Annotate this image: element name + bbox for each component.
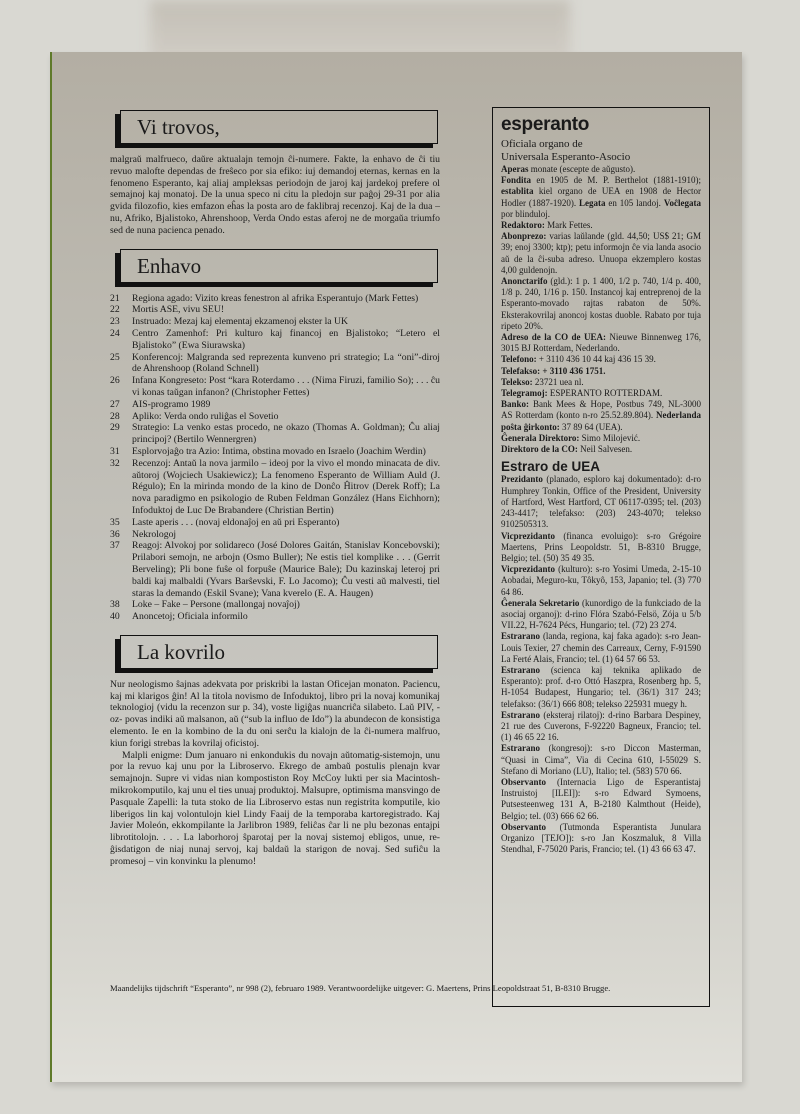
toc-item: 21Regiona agado: Vizito kreas fenestron … [110,293,440,305]
cover-paragraph-2: Malpli enigme: Dum januaro ni enkondukis… [110,750,440,868]
masthead-entry: Fondita en 1905 de M. P. Berthelot (1881… [501,175,701,220]
masthead-box: esperanto Oficiala organo de Universala … [492,107,710,1007]
section-heading: La kovrilo [121,636,437,668]
masthead-entry: Estrarano (landa, regiona, kaj faka agad… [501,631,701,665]
table-of-contents: 21Regiona agado: Vizito kreas fenestron … [110,293,440,623]
entry-label: Telekso: [501,377,533,387]
toc-page-number: 23 [110,316,132,328]
masthead-entry: Anonctarifo (gld.): 1 p. 1 400, 1/2 p. 7… [501,276,701,332]
section-heading: Vi trovos, [121,111,437,143]
masthead-entry: Aperas monate (escepte de aŭgusto). [501,164,701,175]
toc-title: Loke – Fake – Persone (mallongaj novaĵoj… [132,599,440,611]
entry-label: Prezidanto [501,474,543,484]
toc-page-number: 37 [110,540,132,599]
masthead-entry: Abonprezo: varias laŭlande (gld. 44,50; … [501,231,701,276]
entry-label: Ĝenerala Sekretario [501,598,579,608]
toc-page-number: 21 [110,293,132,305]
publication-footer: Maandelijks tijdschrift “Esperanto”, nr … [110,983,750,993]
entry-text: Neil Salvesen. [578,444,632,454]
masthead-entry: Telekso: 23721 uea nl. [501,377,701,388]
toc-page-number: 28 [110,411,132,423]
entry-label: Abonprezo: [501,231,546,241]
masthead-entry: Vicprezidanto (financa evoluigo): s-ro G… [501,531,701,565]
entry-label: Voĉlegata [664,198,701,208]
toc-page-number: 32 [110,458,132,517]
toc-page-number: 38 [110,599,132,611]
entry-text: Mark Fettes. [545,220,593,230]
entry-label: Estrarano [501,665,540,675]
estraro-heading: Estraro de UEA [501,461,701,472]
entry-label: Redaktoro: [501,220,545,230]
masthead-entry: Banko: Bank Mees & Hope, Postbus 749, NL… [501,399,701,433]
toc-title: Infana Kongreseto: Post “kara Roterdamo … [132,375,440,399]
entry-label: Observanto [501,822,546,832]
entry-text: ESPERANTO ROTTERDAM. [548,388,663,398]
masthead-entry: Observanto (Tutmonda Esperantista Junula… [501,822,701,856]
masthead-entries: Aperas monate (escepte de aŭgusto).Fondi… [501,164,701,455]
masthead-entry: Telefakso: + 3110 436 1751. [501,366,701,377]
entry-text: Simo Milojević. [579,433,640,443]
toc-item: 35Laste aperis . . . (novaj eldonaĵoj en… [110,517,440,529]
heading-box-la-kovrilo: La kovrilo [120,635,438,669]
background-shadow [150,0,570,60]
toc-item: 31Esplorvojaĝo tra Azio: Intima, obstina… [110,446,440,458]
entry-label: Banko: [501,399,529,409]
toc-title: Konferencoj: Malgranda sed reprezenta ku… [132,352,440,376]
heading-box-enhavo: Enhavo [120,249,438,283]
toc-item: 32Recenzoj: Antaŭ la nova jarmilo – ideo… [110,458,440,517]
magazine-logo: esperanto [501,114,701,136]
entry-text: en 105 landoj. [606,198,664,208]
heading-box-vi-trovos: Vi trovos, [120,110,438,144]
masthead-entry: Estrarano (eksteraj rilatoj): d-rino Bar… [501,710,701,744]
entry-label: Anonctarifo [501,276,548,286]
masthead-entry: Telegramoj: ESPERANTO ROTTERDAM. [501,388,701,399]
left-column: Vi trovos, malgraŭ malfrueco, daŭre aktu… [110,110,440,868]
masthead-entry: Prezidanto (planado, esploro kaj dokumen… [501,474,701,530]
masthead-entry: Adreso de la CO de UEA: Nieuwe Binnenweg… [501,332,701,354]
toc-page-number: 29 [110,422,132,446]
entry-label: Adreso de la CO de UEA: [501,332,606,342]
toc-item: 38Loke – Fake – Persone (mallongaj novaĵ… [110,599,440,611]
toc-title: Laste aperis . . . (novaj eldonaĵoj en a… [132,517,440,529]
entry-label: Fondita [501,175,531,185]
toc-page-number: 35 [110,517,132,529]
toc-title: Recenzoj: Antaŭ la nova jarmilo – ideoj … [132,458,440,517]
toc-item: 26Infana Kongreseto: Post “kara Roterdam… [110,375,440,399]
toc-item: 29Strategio: La venko estas procedo, ne … [110,422,440,446]
entry-label: Estrarano [501,631,540,641]
toc-page-number: 31 [110,446,132,458]
toc-title: Centro Zamenhof: Pri kulturo kaj financo… [132,328,440,352]
entry-label: Observanto [501,777,546,787]
toc-page-number: 24 [110,328,132,352]
toc-page-number: 27 [110,399,132,411]
masthead-entry: Ĝenerala Direktoro: Simo Milojević. [501,433,701,444]
toc-item: 24Centro Zamenhof: Pri kulturo kaj finan… [110,328,440,352]
entry-label: Vicprezidanto [501,564,555,574]
entry-label: Telefakso: + 3110 436 1751. [501,366,606,376]
entry-text: en 1905 de M. P. Berthelot (1881-1910); [531,175,701,185]
masthead-entry: Redaktoro: Mark Fettes. [501,220,701,231]
toc-page-number: 25 [110,352,132,376]
toc-title: AIS-programo 1989 [132,399,440,411]
toc-item: 28Apliko: Verda ondo ruliĝas el Sovetio [110,411,440,423]
subtitle-line-1: Oficiala organo de [501,138,701,151]
intro-paragraph: malgraŭ malfrueco, daŭre aktualajn temoj… [110,154,440,237]
toc-item: 27AIS-programo 1989 [110,399,440,411]
toc-title: Regiona agado: Vizito kreas fenestron al… [132,293,440,305]
toc-item: 36Nekrologoj [110,529,440,541]
toc-item: 22Mortis ASE, vivu SEU! [110,304,440,316]
toc-title: Apliko: Verda ondo ruliĝas el Sovetio [132,411,440,423]
toc-title: Instruado: Mezaj kaj elementaj ekzamenoj… [132,316,440,328]
entry-text: 37 89 64 (UEA). [560,422,623,432]
masthead-entry: Ĝenerala Sekretario (kunordigo de la fun… [501,598,701,632]
right-column: esperanto Oficiala organo de Universala … [492,107,710,1007]
toc-page-number: 40 [110,611,132,623]
entry-label: Estrarano [501,710,540,720]
toc-item: 40Anoncetoj; Oficiala informilo [110,611,440,623]
entry-label: Estrarano [501,743,540,753]
toc-title: Strategio: La venko estas procedo, ne ok… [132,422,440,446]
board-entries: Prezidanto (planado, esploro kaj dokumen… [501,474,701,855]
entry-label: Telefono: [501,354,537,364]
entry-label: Legata [579,198,606,208]
intro-text: malgraŭ malfrueco, daŭre aktualajn temoj… [110,154,440,237]
entry-label: Telegramoj: [501,388,548,398]
toc-item: 37Reagoj: Alvokoj por solidareco (José D… [110,540,440,599]
toc-item: 25Konferencoj: Malgranda sed reprezenta … [110,352,440,376]
toc-title: Reagoj: Alvokoj por solidareco (José Dol… [132,540,440,599]
entry-label: establita [501,186,534,196]
toc-title: Anoncetoj; Oficiala informilo [132,611,440,623]
masthead-entry: Estrarano (kongresoj): s-ro Diccon Maste… [501,743,701,777]
entry-text: + 3110 436 10 44 kaj 436 15 39. [537,354,656,364]
entry-label: Ĝenerala Direktoro: [501,433,579,443]
entry-text: 23721 uea nl. [533,377,584,387]
masthead-entry: Vicprezidanto (kulturo): s-ro Yosimi Ume… [501,564,701,598]
toc-title: Esplorvojaĝo tra Azio: Intima, obstina m… [132,446,440,458]
toc-page-number: 36 [110,529,132,541]
entry-label: Vicprezidanto [501,531,555,541]
masthead-entry: Observanto (Internacia Ligo de Esperanti… [501,777,701,822]
masthead-entry: Direktoro de la CO: Neil Salvesen. [501,444,701,455]
section-heading: Enhavo [121,250,437,282]
toc-page-number: 22 [110,304,132,316]
cover-paragraph-1: Nur neologismo ŝajnas adekvata por prisk… [110,679,440,750]
entry-label: Aperas [501,164,529,174]
magazine-page: Vi trovos, malgraŭ malfrueco, daŭre aktu… [50,52,742,1082]
masthead-entry: Telefono: + 3110 436 10 44 kaj 436 15 39… [501,354,701,365]
entry-text: monate (escepte de aŭgusto). [529,164,636,174]
subtitle-line-2: Universala Esperanto-Asocio [501,151,701,164]
toc-title: Nekrologoj [132,529,440,541]
masthead-entry: Estrarano (scienca kaj teknika aplikado … [501,665,701,710]
entry-label: Direktoro de la CO: [501,444,578,454]
toc-item: 23Instruado: Mezaj kaj elementaj ekzamen… [110,316,440,328]
toc-page-number: 26 [110,375,132,399]
toc-title: Mortis ASE, vivu SEU! [132,304,440,316]
entry-text: por blinduloj. [501,209,550,219]
cover-description: Nur neologismo ŝajnas adekvata por prisk… [110,679,440,868]
